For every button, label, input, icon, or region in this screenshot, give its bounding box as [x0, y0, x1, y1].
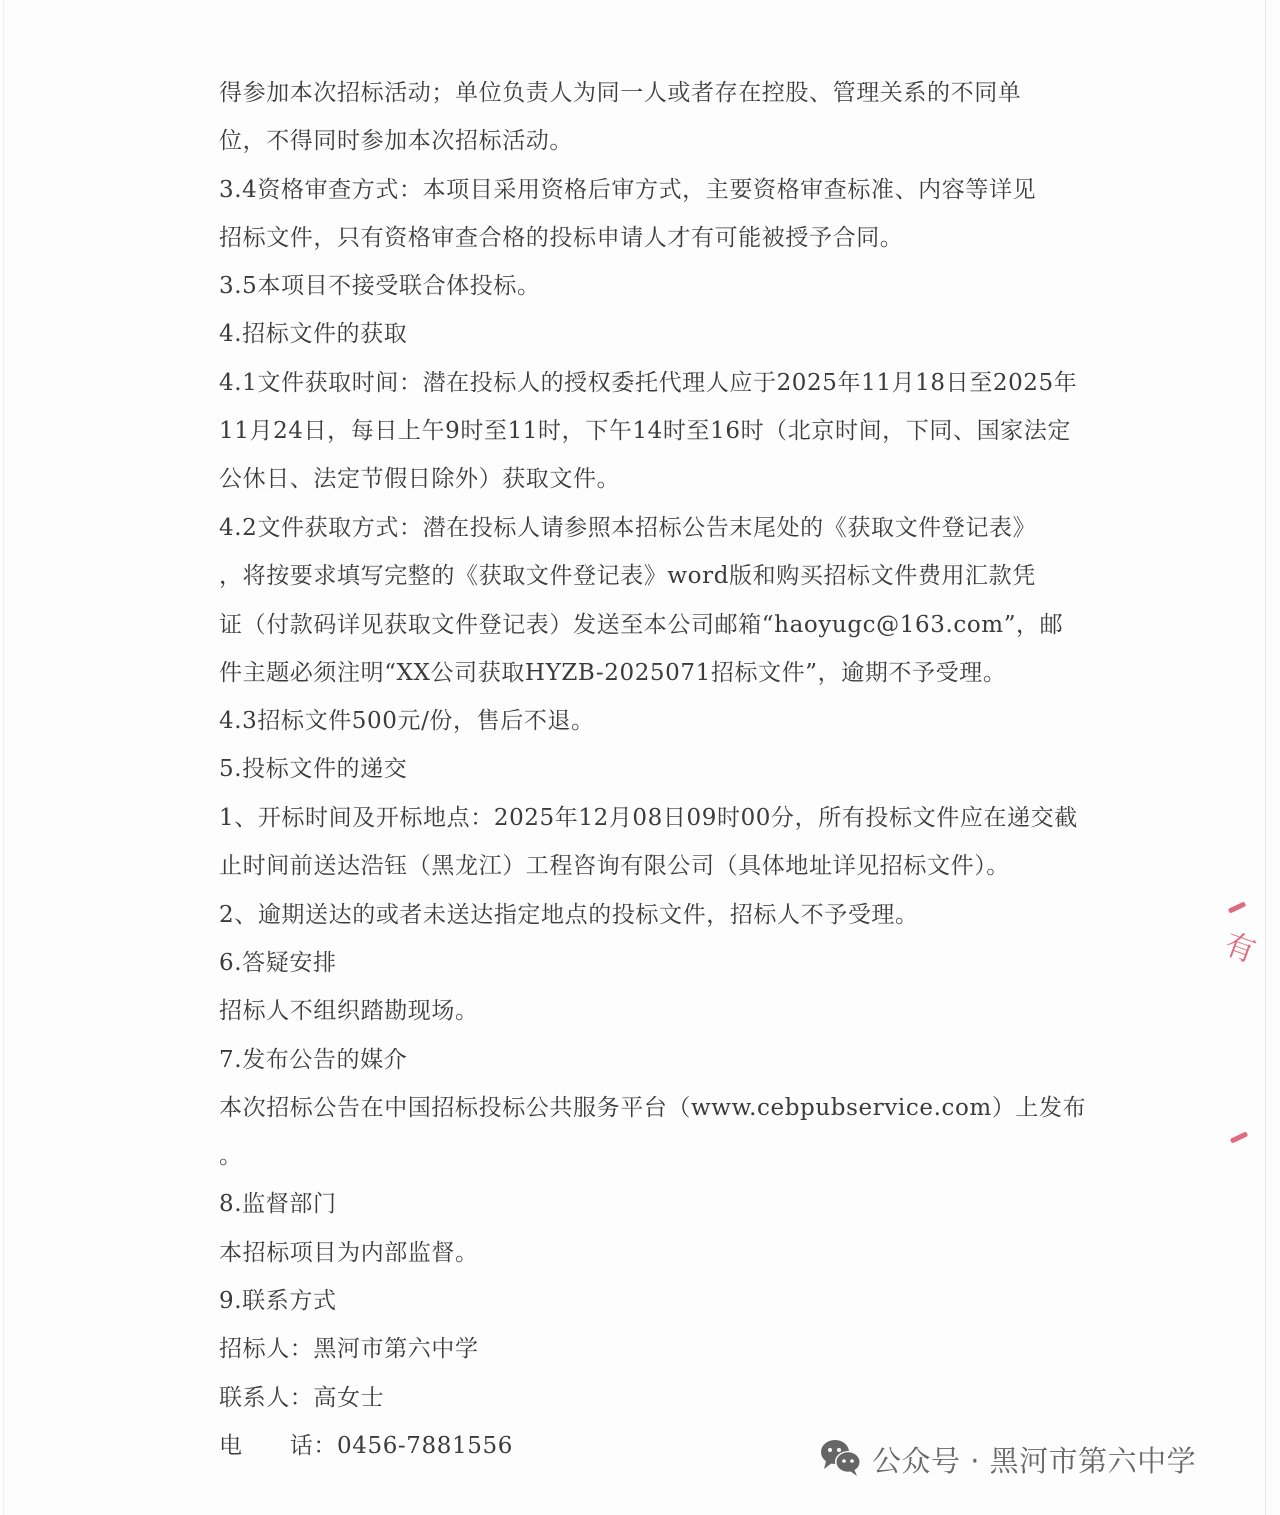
text-line: 件主题必须注明“XX公司获取HYZB-2025071招标文件”，逾期不予受理。 — [219, 658, 1006, 688]
section-5-item-1: 1、开标时间及开标地点：2025年12月08日09时00分，所有投标文件应在递交… — [219, 803, 1078, 833]
red-seal-stamp: 有 — [1222, 895, 1262, 1155]
section-4-1: 4.1文件获取时间：潜在投标人的授权委托代理人应于2025年11月18日至202… — [219, 368, 1077, 398]
section-3-5: 3.5本项目不接受联合体投标。 — [219, 271, 541, 301]
text-line: 得参加本次招标活动；单位负责人为同一人或者存在控股、管理关系的不同单 — [219, 78, 1021, 108]
stamp-mark — [1228, 901, 1246, 913]
text-line: 公休日、法定节假日除外）获取文件。 — [219, 464, 620, 494]
contact-person: 联系人：高女士 — [219, 1383, 384, 1413]
wechat-icon — [818, 1437, 864, 1481]
section-heading-6: 6.答疑安排 — [219, 948, 337, 978]
page-left-edge — [3, 0, 4, 1515]
text-line: 招标文件，只有资格审查合格的投标申请人才有可能被授予合同。 — [219, 223, 903, 253]
section-heading-9: 9.联系方式 — [219, 1286, 337, 1316]
text-line: 位，不得同时参加本次招标活动。 — [219, 126, 573, 156]
text-line: 11月24日，每日上午9时至11时，下午14时至16时（北京时间，下同、国家法定 — [219, 416, 1071, 446]
watermark-text: 公众号 · 黑河市第六中学 — [872, 1439, 1196, 1480]
contact-phone: 电 话：0456-7881556 — [219, 1431, 513, 1461]
stamp-mark — [1230, 1131, 1248, 1143]
section-heading-8: 8.监督部门 — [219, 1189, 337, 1219]
text-line-email: 证（付款码详见获取文件登记表）发送至本公司邮箱“haoyugc@163.com”… — [219, 610, 1063, 640]
page-right-edge — [1265, 0, 1266, 1515]
text-line-url: 本次招标公告在中国招标投标公共服务平台（www.cebpubservice.co… — [219, 1093, 1086, 1123]
text-line: 。 — [219, 1141, 243, 1171]
text-line: ，将按要求填写完整的《获取文件登记表》word版和购买招标文件费用汇款凭 — [219, 561, 1036, 591]
document-page: 得参加本次招标活动；单位负责人为同一人或者存在控股、管理关系的不同单 位，不得同… — [0, 0, 1280, 1515]
text-line: 止时间前送达浩钰（黑龙江）工程咨询有限公司（具体地址详见招标文件）。 — [219, 851, 1010, 881]
contact-tenderer: 招标人：黑河市第六中学 — [219, 1334, 479, 1364]
text-line: 本招标项目为内部监督。 — [219, 1238, 479, 1268]
text-line: 招标人不组织踏勘现场。 — [219, 996, 479, 1026]
stamp-glyph: 有 — [1219, 919, 1262, 971]
section-heading-5: 5.投标文件的递交 — [219, 754, 407, 784]
section-4-2: 4.2文件获取方式：潜在投标人请参照本招标公告末尾处的《获取文件登记表》 — [219, 513, 1036, 543]
section-heading-4: 4.招标文件的获取 — [219, 319, 407, 349]
wechat-watermark: 公众号 · 黑河市第六中学 — [818, 1437, 1196, 1481]
section-5-item-2: 2、逾期送达的或者未送达指定地点的投标文件，招标人不予受理。 — [219, 900, 919, 930]
section-heading-7: 7.发布公告的媒介 — [219, 1045, 407, 1075]
section-4-3: 4.3招标文件500元/份，售后不退。 — [219, 706, 595, 736]
section-3-4: 3.4资格审查方式：本项目采用资格后审方式，主要资格审查标准、内容等详见 — [219, 175, 1036, 205]
